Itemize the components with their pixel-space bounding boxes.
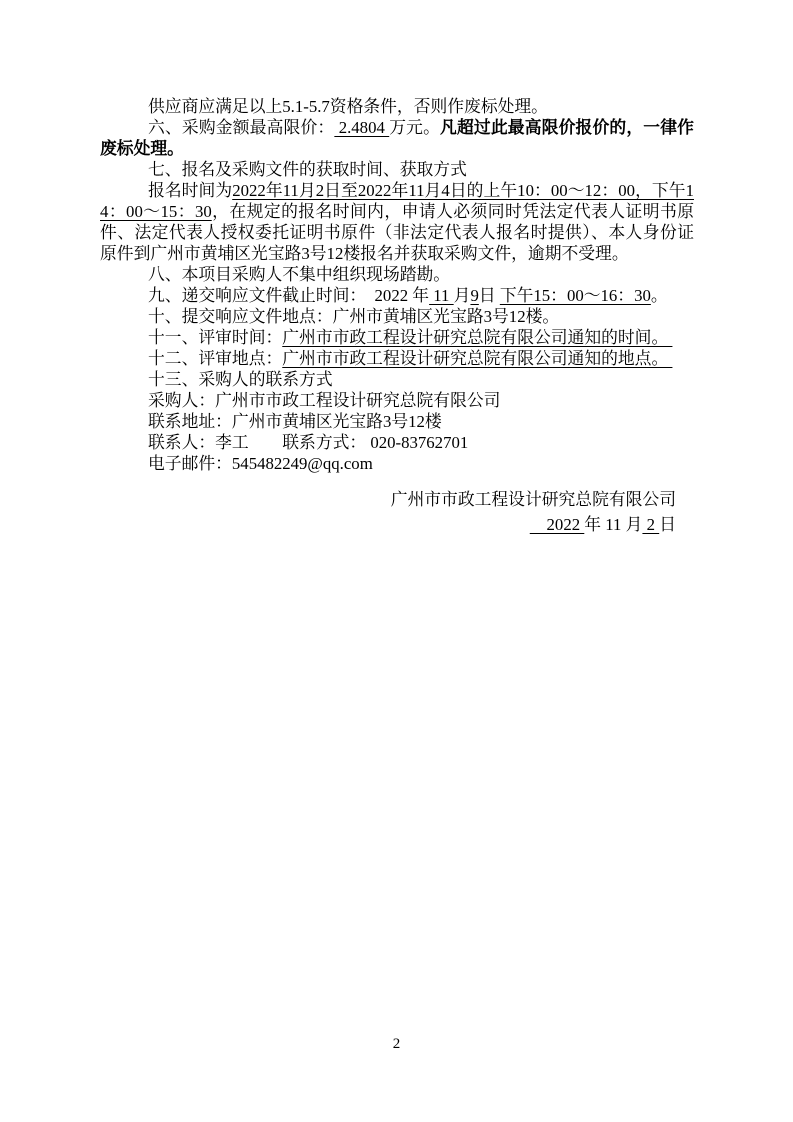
text-run: 广州市市政工程设计研究总院有限公司通知的时间。 [282,328,672,347]
text-run: 九、递交响应文件截止时间： 2022 年 [148,286,429,305]
text-run: 日 [479,286,500,305]
clause-9-deadline: 九、递交响应文件截止时间： 2022 年 11 月9日 下午15：00～16：3… [100,285,694,306]
text-run: 十一、评审时间： [148,328,282,347]
text-run: 十三、采购人的联系方式 [148,370,333,389]
text-run: 日 [659,515,676,534]
text-run: 十二、评审地点： [148,349,282,368]
text-run: 11 [429,286,454,305]
text-run: 联系地址：广州市黄埔区光宝路3号12楼 [148,412,442,431]
page-number: 2 [0,1035,793,1053]
contact-address: 联系地址：广州市黄埔区光宝路3号12楼 [100,411,694,432]
text-run: 2 [642,515,659,534]
clause-11-review-time: 十一、评审时间：广州市市政工程设计研究总院有限公司通知的时间。 [100,327,694,348]
signature-date: 2022 年 11 月 2 日 [100,512,694,537]
clause-7-body: 报名时间为2022年11月2日至2022年11月4日的上午10：00～12：00… [100,180,694,264]
clause-10-submit-location: 十、提交响应文件地点：广州市黄埔区光宝路3号12楼。 [100,306,694,327]
text-run: 八、本项目采购人不集中组织现场踏勘。 [148,265,450,284]
text-run: 广州市市政工程设计研究总院有限公司 [391,490,676,509]
text-run: 下午15：00～16：30 [500,286,651,305]
text-run: 电子邮件：545482249@qq.com [148,454,373,473]
text-run: 供应商应满足以上5.1-5.7资格条件，否则作废标处理。 [148,97,548,116]
document-body: 供应商应满足以上5.1-5.7资格条件，否则作废标处理。六、采购金额最高限价： … [100,96,694,537]
document-page: 供应商应满足以上5.1-5.7资格条件，否则作废标处理。六、采购金额最高限价： … [0,0,793,1122]
contact-email: 电子邮件：545482249@qq.com [100,453,694,474]
text-run: 报名时间为 [148,181,232,200]
text-run: 六、采购金额最高限价： [148,118,334,137]
clause-7-heading: 七、报名及采购文件的获取时间、获取方式 [100,159,694,180]
text-run: 采购人：广州市市政工程设计研究总院有限公司 [148,391,500,410]
text-run: 十、提交响应文件地点：广州市黄埔区光宝路3号12楼。 [148,307,559,326]
text-run: 2022 [530,515,585,534]
text-run: 月 [454,286,471,305]
text-run: 七、报名及采购文件的获取时间、获取方式 [148,160,467,179]
contact-purchaser: 采购人：广州市市政工程设计研究总院有限公司 [100,390,694,411]
clause-6-max-price: 六、采购金额最高限价： 2.4804 万元。凡超过此最高限价报价的，一律作废标处… [100,117,694,159]
clause-13-heading: 十三、采购人的联系方式 [100,369,694,390]
text-run: 万元。 [389,118,440,137]
text-run: 2.4804 [334,118,389,137]
text-run: 年 11 月 [584,515,642,534]
text-run: 广州市市政工程设计研究总院有限公司通知的地点。 [282,349,672,368]
text-run: 。 [651,286,668,305]
clause-5-qualification-note: 供应商应满足以上5.1-5.7资格条件，否则作废标处理。 [100,96,694,117]
clause-8-site-survey: 八、本项目采购人不集中组织现场踏勘。 [100,264,694,285]
signature-company: 广州市市政工程设计研究总院有限公司 [100,487,694,512]
text-run: 9 [470,286,478,305]
text-run: 联系人：李工 联系方式： 020-83762701 [148,433,468,452]
contact-person-phone: 联系人：李工 联系方式： 020-83762701 [100,432,694,453]
clause-12-review-place: 十二、评审地点：广州市市政工程设计研究总院有限公司通知的地点。 [100,348,694,369]
